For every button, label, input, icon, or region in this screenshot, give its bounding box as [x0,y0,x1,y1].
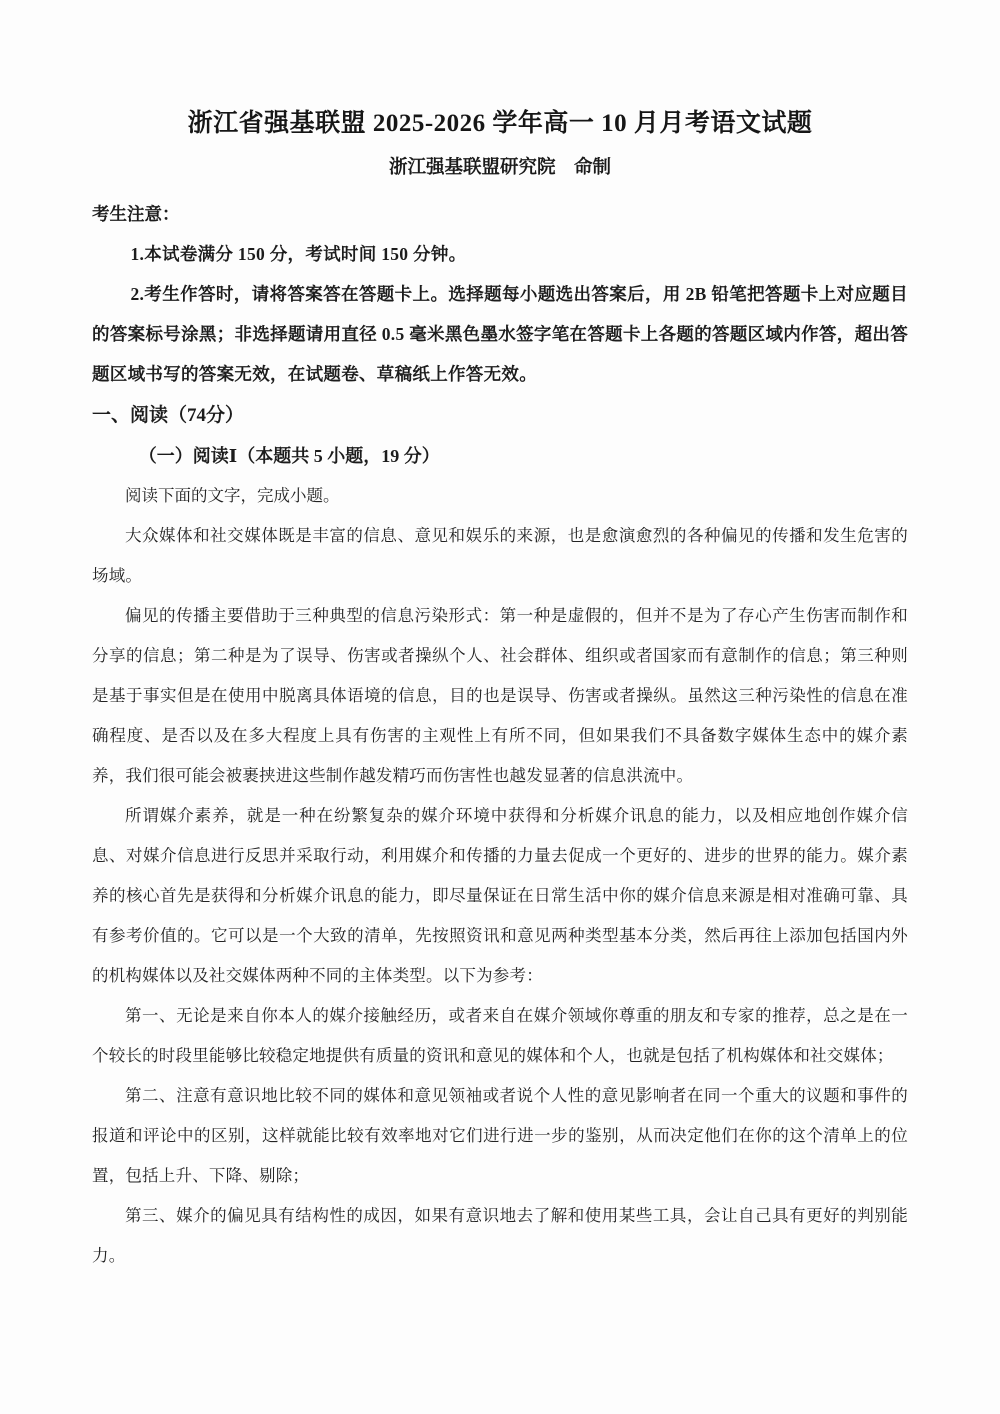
passage-paragraph-2: 偏见的传播主要借助于三种典型的信息污染形式：第一种是虚假的，但并不是为了存心产生… [92,596,908,796]
reading-passage: 大众媒体和社交媒体既是丰富的信息、意见和娱乐的来源，也是愈演愈烈的各种偏见的传播… [92,516,908,1276]
page-title: 浙江省强基联盟 2025-2026 学年高一 10 月月考语文试题 [92,106,908,142]
passage-paragraph-4: 第一、无论是来自你本人的媒介接触经历，或者来自在媒介领域你尊重的朋友和专家的推荐… [92,996,908,1076]
passage-paragraph-1: 大众媒体和社交媒体既是丰富的信息、意见和娱乐的来源，也是愈演愈烈的各种偏见的传播… [92,516,908,596]
notice-item-1: 1.本试卷满分 150 分，考试时间 150 分钟。 [92,234,908,274]
section-heading-part-one: 一、阅读（74分） [92,396,908,436]
passage-paragraph-6: 第三、媒介的偏见具有结构性的成因，如果有意识地去了解和使用某些工具，会让自己具有… [92,1196,908,1276]
page-subtitle: 浙江强基联盟研究院 命制 [92,154,908,182]
reading-instruction: 阅读下面的文字，完成小题。 [92,476,908,516]
subsection-heading-reading-one: （一）阅读Ⅰ（本题共 5 小题，19 分） [92,436,908,476]
passage-paragraph-5: 第二、注意有意识地比较不同的媒体和意见领袖或者说个人性的意见影响者在同一个重大的… [92,1076,908,1196]
exam-paper-page: 浙江省强基联盟 2025-2026 学年高一 10 月月考语文试题 浙江强基联盟… [0,0,1000,1414]
notice-item-2: 2.考生作答时，请将答案答在答题卡上。选择题每小题选出答案后，用 2B 铅笔把答… [92,274,908,394]
notice-heading: 考生注意： [92,194,908,234]
passage-paragraph-3: 所谓媒介素养，就是一种在纷繁复杂的媒介环境中获得和分析媒介讯息的能力，以及相应地… [92,796,908,996]
